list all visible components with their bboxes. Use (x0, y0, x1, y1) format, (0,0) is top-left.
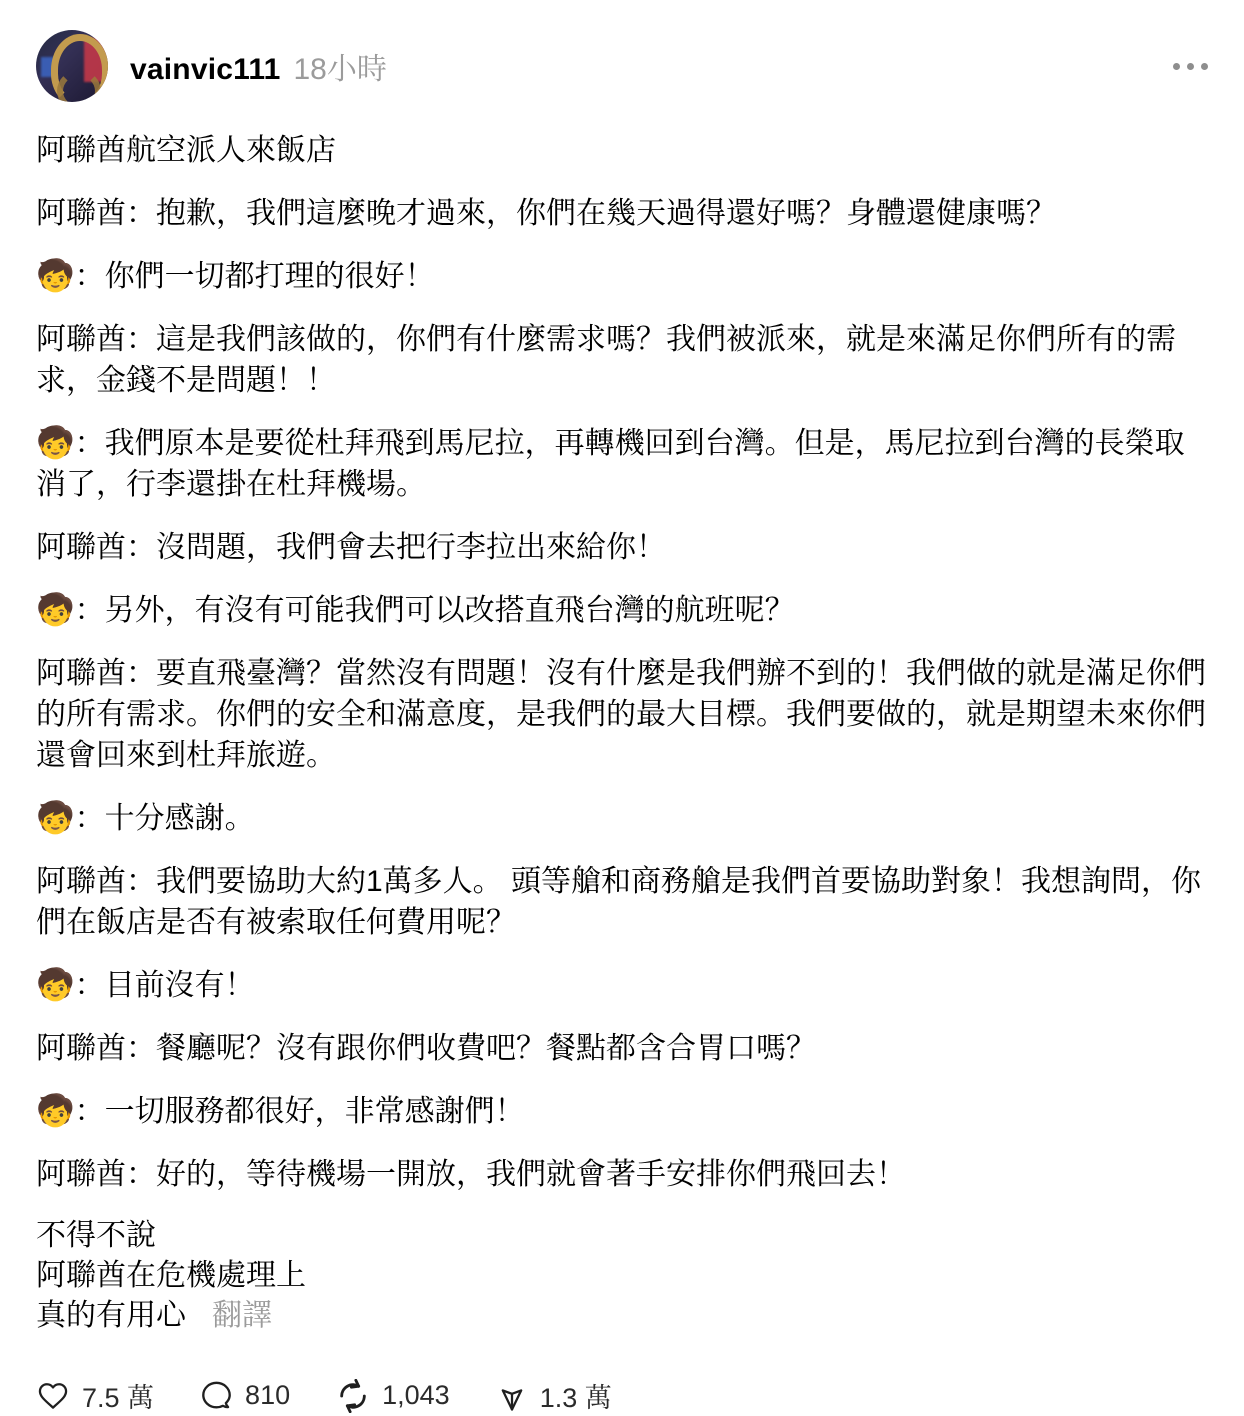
child-emoji: 🧒 (36, 425, 75, 460)
username[interactable]: vainvic111 (130, 53, 280, 87)
paragraph-text: 阿聯酋：好的，等待機場一開放，我們就會著手安排你們飛回去！ (36, 1158, 906, 1191)
closing-line: 阿聯酋在危機處理上 (36, 1259, 306, 1292)
child-emoji: 🧒 (36, 800, 75, 835)
comment-icon (200, 1379, 233, 1412)
heart-icon (36, 1380, 70, 1412)
post-header: vainvic111 18小時 (0, 0, 1244, 102)
post-paragraph: 🧒：目前沒有！ (36, 964, 1208, 1006)
paragraph-text: ：一切服務都很好，非常感謝們！ (75, 1095, 525, 1128)
closing-line: 不得不說 (36, 1219, 156, 1252)
share-button[interactable]: 1.3 萬 (496, 1376, 612, 1415)
paragraph-text: ：十分感謝。 (75, 802, 255, 835)
more-options-button[interactable] (1173, 53, 1208, 80)
repost-icon (336, 1379, 370, 1413)
share-icon (496, 1380, 528, 1412)
reply-button[interactable]: 810 (200, 1379, 290, 1412)
paragraph-text: 阿聯酋航空派人來飯店 (36, 134, 336, 167)
post-paragraph: 阿聯酋：餐廳呢？沒有跟你們收費吧？餐點都含合胃口嗎？ (36, 1027, 1208, 1069)
post-paragraph: 阿聯酋：我們要協助大約1萬多人。 頭等艙和商務艙是我們首要協助對象！我想詢問，你… (36, 860, 1208, 943)
child-emoji: 🧒 (36, 258, 75, 293)
paragraph-text: ：你們一切都打理的很好！ (75, 260, 435, 293)
avatar[interactable] (36, 30, 108, 102)
reply-count: 810 (245, 1380, 290, 1411)
post-paragraph: 🧒：另外，有沒有可能我們可以改搭直飛台灣的航班呢？ (36, 589, 1208, 631)
translate-link[interactable]: 翻譯 (212, 1299, 272, 1332)
repost-count: 1,043 (382, 1380, 450, 1411)
paragraph-text: ：另外，有沒有可能我們可以改搭直飛台灣的航班呢？ (75, 594, 795, 627)
child-emoji: 🧒 (36, 967, 75, 1002)
paragraph-text: 阿聯酋：這是我們該做的，你們有什麼需求嗎？我們被派來，就是來滿足你們所有的需求，… (36, 323, 1176, 397)
closing-line: 真的有用心 (36, 1299, 186, 1332)
more-dot-icon (1201, 63, 1208, 70)
post-paragraph: 🧒：一切服務都很好，非常感謝們！ (36, 1090, 1208, 1132)
action-bar: 7.5 萬 810 1,043 1.3 萬 (0, 1376, 1244, 1415)
post-paragraph: 🧒：你們一切都打理的很好！ (36, 255, 1208, 297)
timestamp: 18小時 (293, 44, 386, 88)
post-paragraph: 阿聯酋：要直飛臺灣？當然沒有問題！沒有什麼是我們辦不到的！我們做的就是滿足你們的… (36, 652, 1208, 776)
post-paragraph: 阿聯酋：這是我們該做的，你們有什麼需求嗎？我們被派來，就是來滿足你們所有的需求，… (36, 318, 1208, 401)
post-paragraph: 阿聯酋：抱歉，我們這麼晚才過來，你們在幾天過得還好嗎？身體還健康嗎？ (36, 192, 1208, 234)
paragraph-text: ：目前沒有！ (75, 969, 255, 1002)
repost-button[interactable]: 1,043 (336, 1379, 450, 1413)
paragraph-text: 阿聯酋：餐廳呢？沒有跟你們收費吧？餐點都含合胃口嗎？ (36, 1032, 816, 1065)
child-emoji: 🧒 (36, 1093, 75, 1128)
post-closing: 不得不說 阿聯酋在危機處理上 真的有用心翻譯 (36, 1216, 1208, 1336)
post-paragraph: 阿聯酋：好的，等待機場一開放，我們就會著手安排你們飛回去！ (36, 1153, 1208, 1195)
post-paragraph: 🧒：十分感謝。 (36, 797, 1208, 839)
paragraph-text: 阿聯酋：我們要協助大約1萬多人。 頭等艙和商務艙是我們首要協助對象！我想詢問，你… (36, 865, 1201, 939)
like-button[interactable]: 7.5 萬 (36, 1376, 154, 1415)
post-body: 阿聯酋航空派人來飯店 阿聯酋：抱歉，我們這麼晚才過來，你們在幾天過得還好嗎？身體… (0, 102, 1244, 1336)
paragraph-text: 阿聯酋：要直飛臺灣？當然沒有問題！沒有什麼是我們辦不到的！我們做的就是滿足你們的… (36, 657, 1206, 772)
child-emoji: 🧒 (36, 592, 75, 627)
paragraph-text: ：我們原本是要從杜拜飛到馬尼拉，再轉機回到台灣。但是，馬尼拉到台灣的長榮取消了，… (36, 427, 1185, 501)
paragraph-text: 阿聯酋：沒問題，我們會去把行李拉出來給你！ (36, 531, 666, 564)
share-count: 1.3 萬 (540, 1376, 612, 1415)
post-paragraph: 🧒：我們原本是要從杜拜飛到馬尼拉，再轉機回到台灣。但是，馬尼拉到台灣的長榮取消了… (36, 422, 1208, 505)
more-dot-icon (1173, 63, 1180, 70)
post-paragraph: 阿聯酋：沒問題，我們會去把行李拉出來給你！ (36, 526, 1208, 568)
more-dot-icon (1187, 63, 1194, 70)
like-count: 7.5 萬 (82, 1376, 154, 1415)
post-paragraph: 阿聯酋航空派人來飯店 (36, 129, 1208, 171)
paragraph-text: 阿聯酋：抱歉，我們這麼晚才過來，你們在幾天過得還好嗎？身體還健康嗎？ (36, 197, 1056, 230)
